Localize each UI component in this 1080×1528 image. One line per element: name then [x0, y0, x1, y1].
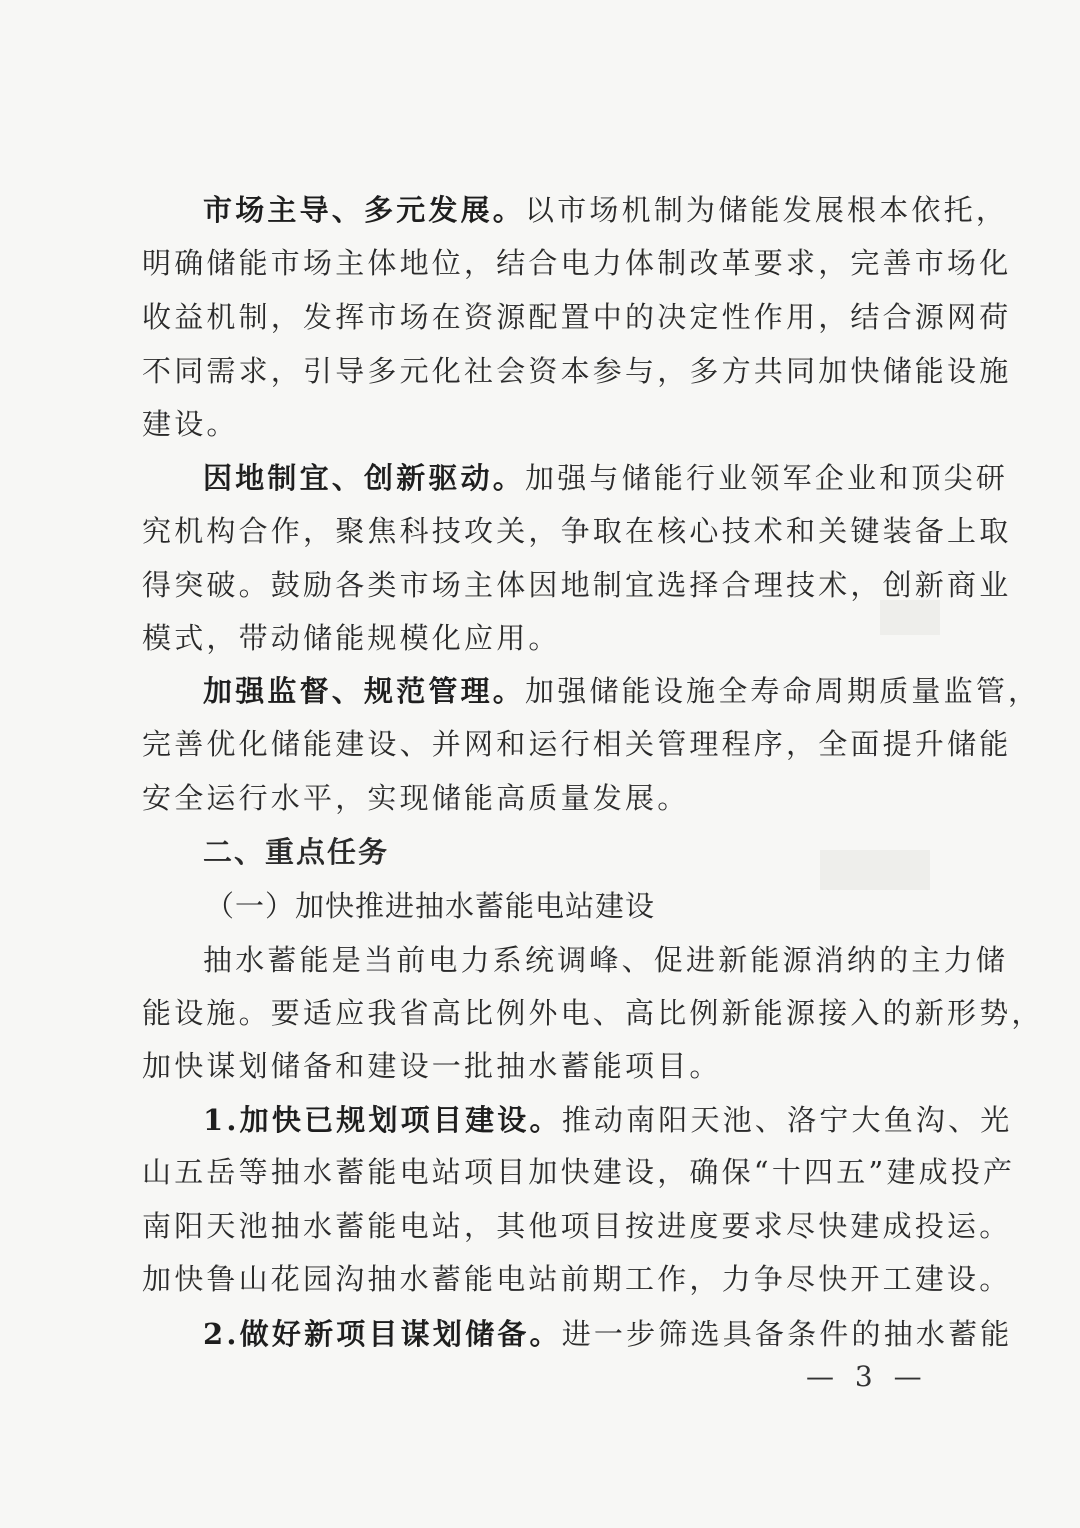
paragraph-line: 模式，带动储能规模化应用。 [142, 618, 932, 658]
page-number: — 3 — [806, 1360, 928, 1393]
paragraph-line: 究机构合作，聚焦科技攻关，争取在核心技术和关键装备上取 [142, 511, 932, 551]
paragraph-line: 因地制宜、创新驱动。加强与储能行业领军企业和顶尖研 [203, 458, 932, 498]
list-item-line: 山五岳等抽水蓄能电站项目加快建设，确保“十四五”建成投产 [142, 1152, 932, 1192]
list-item-lead: 2.做好新项目谋划储备。 [203, 1317, 562, 1351]
subsection-heading: （一）加快推进抽水蓄能电站建设 [205, 886, 995, 926]
paragraph-line: 明确储能市场主体地位，结合电力体制改革要求，完善市场化 [142, 243, 932, 283]
paragraph-lead: 市场主导、多元发展。 [203, 193, 525, 227]
list-item-lead: 1.加快已规划项目建设。 [203, 1103, 562, 1137]
paragraph-line: 加强监督、规范管理。加强储能设施全寿命周期质量监管， [203, 671, 932, 711]
paragraph-line: 建设。 [142, 404, 932, 444]
paragraph-line: 加快谋划储备和建设一批抽水蓄能项目。 [142, 1046, 932, 1086]
paragraph-line: 收益机制，发挥市场在资源配置中的决定性作用，结合源网荷 [142, 297, 932, 337]
paragraph-line: 抽水蓄能是当前电力系统调峰、促进新能源消纳的主力储 [203, 940, 932, 980]
list-item-line: 2.做好新项目谋划储备。进一步筛选具备条件的抽水蓄能 [203, 1314, 932, 1354]
paragraph-lead: 加强监督、规范管理。 [203, 674, 525, 708]
list-item-line: 1.加快已规划项目建设。推动南阳天池、洛宁大鱼沟、光 [203, 1100, 932, 1140]
document-page: 市场主导、多元发展。以市场机制为储能发展根本依托， 明确储能市场主体地位，结合电… [0, 0, 1080, 1528]
paragraph-line: 完善优化储能建设、并网和运行相关管理程序，全面提升储能 [142, 724, 932, 764]
paragraph-line: 安全运行水平，实现储能高质量发展。 [142, 778, 932, 818]
section-heading: 二、重点任务 [203, 832, 932, 872]
paragraph-line: 不同需求，引导多元化社会资本参与，多方共同加快储能设施 [142, 351, 932, 391]
paragraph-line: 市场主导、多元发展。以市场机制为储能发展根本依托， [203, 190, 932, 230]
paragraph-line: 能设施。要适应我省高比例外电、高比例新能源接入的新形势， [142, 993, 932, 1033]
paragraph-line: 得突破。鼓励各类市场主体因地制宜选择合理技术，创新商业 [142, 565, 932, 605]
list-item-line: 加快鲁山花园沟抽水蓄能电站前期工作，力争尽快开工建设。 [142, 1259, 932, 1299]
list-item-line: 南阳天池抽水蓄能电站，其他项目按进度要求尽快建成投运。 [142, 1206, 932, 1246]
paragraph-lead: 因地制宜、创新驱动。 [203, 461, 525, 495]
